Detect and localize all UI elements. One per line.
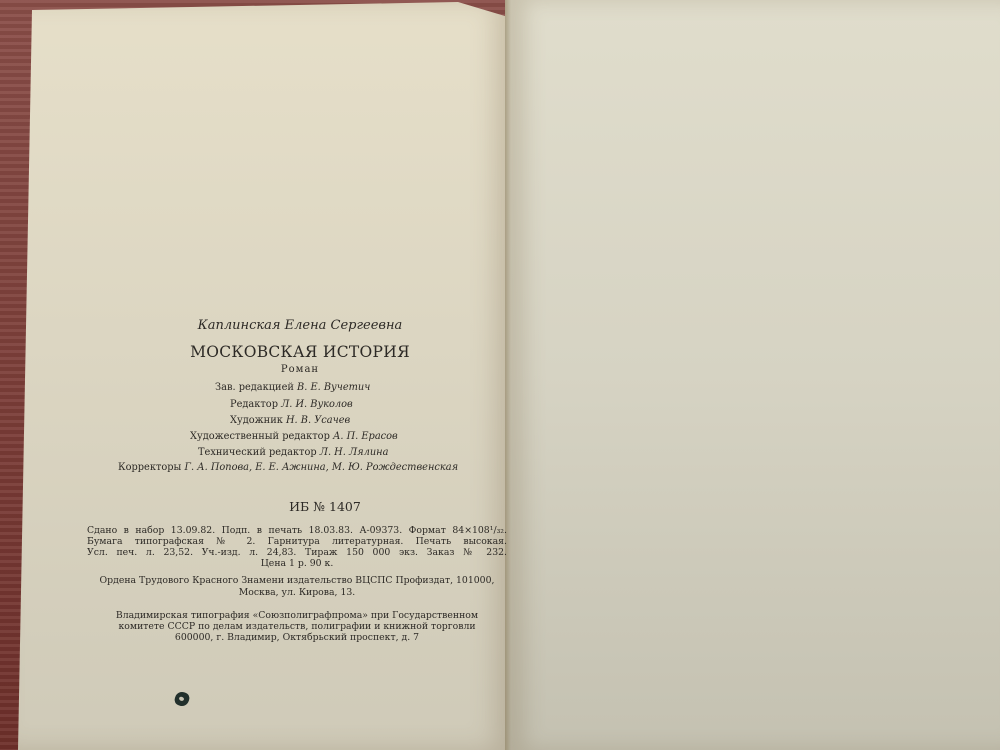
credit-name: А. П. Ерасов xyxy=(333,431,398,442)
printer-line: Владимирская типография «Союзполиграфпро… xyxy=(87,610,507,621)
credit-name: В. Е. Вучетич xyxy=(297,382,370,393)
credit-role: Технический редактор xyxy=(198,447,317,458)
credit-line-managing-editor: Зав. редакцией В. Е. Вучетич xyxy=(215,382,370,393)
credit-role: Художественный редактор xyxy=(190,431,330,442)
publisher-line: Ордена Трудового Красного Знамени издате… xyxy=(87,575,507,587)
printer-line: комитете СССР по делам издательств, поли… xyxy=(87,621,507,632)
credit-line-artist: Художник Н. В. Усачев xyxy=(230,415,350,426)
credit-role: Зав. редакцией xyxy=(215,382,294,393)
ib-number: ИБ № 1407 xyxy=(230,499,420,514)
printer-block: Владимирская типография «Союзполиграфпро… xyxy=(87,610,507,643)
credit-role: Художник xyxy=(230,415,283,426)
book-title: МОСКОВСКАЯ ИСТОРИЯ xyxy=(130,343,470,361)
imprint-block: Сдано в набор 13.09.82. Подп. в печать 1… xyxy=(87,525,507,558)
publisher-block: Ордена Трудового Красного Знамени издате… xyxy=(87,575,507,599)
credit-name: Н. В. Усачев xyxy=(286,415,350,426)
credit-role: Редактор xyxy=(230,399,278,410)
author-name: Каплинская Елена Сергеевна xyxy=(130,318,470,333)
credit-name: Л. И. Вуколов xyxy=(281,399,353,410)
printer-line: 600000, г. Владимир, Октябрьский проспек… xyxy=(87,632,507,643)
imprint-line: Бумага типографская № 2. Гарнитура литер… xyxy=(87,536,507,547)
credit-line-technical-editor: Технический редактор Л. Н. Лялина xyxy=(198,447,388,458)
imprint-line: Сдано в набор 13.09.82. Подп. в печать 1… xyxy=(87,525,507,536)
right-page-blank xyxy=(505,0,1000,750)
credit-line-proofreaders: Корректоры Г. А. Попова, Е. Е. Ажнина, М… xyxy=(118,462,458,473)
publisher-line: Москва, ул. Кирова, 13. xyxy=(87,587,507,599)
credit-line-art-editor: Художественный редактор А. П. Ерасов xyxy=(190,431,398,442)
genre-label: Роман xyxy=(130,364,470,375)
credit-name: Л. Н. Лялина xyxy=(320,447,389,458)
credit-line-editor: Редактор Л. И. Вуколов xyxy=(230,399,353,410)
imprint-line: Усл. печ. л. 23,52. Уч.-изд. л. 24,83. Т… xyxy=(87,547,507,558)
credit-role: Корректоры xyxy=(118,462,181,473)
price-line: Цена 1 р. 90 к. xyxy=(87,558,507,569)
credit-name: Г. А. Попова, Е. Е. Ажнина, М. Ю. Рождес… xyxy=(184,462,458,473)
